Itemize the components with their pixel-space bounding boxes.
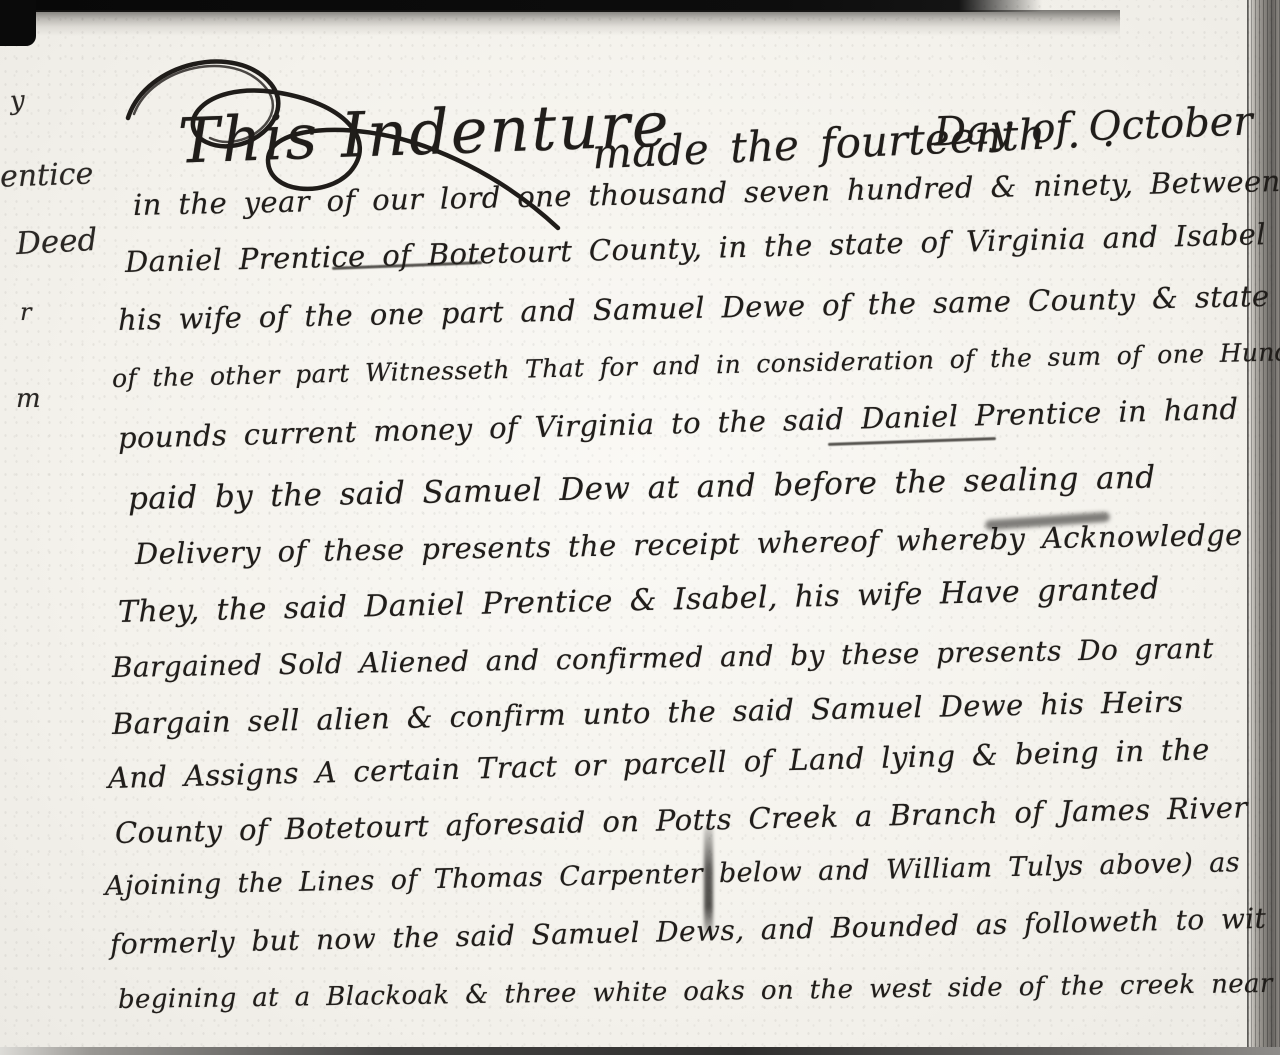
handwriting-line: And Assigns A certain Tract or parcell o… — [108, 732, 1211, 795]
handwriting-line: begining at a Blackoak & three white oak… — [118, 969, 1273, 1015]
margin-note-fragment: Deed — [15, 222, 98, 262]
handwriting-line: of the other part Witnesseth That for an… — [112, 336, 1280, 393]
margin-note-fragment: y — [9, 86, 26, 117]
handwriting-line: his wife of the one part and Samuel Dewe… — [118, 279, 1270, 337]
scan-top-shadow — [0, 10, 1120, 36]
margin-note-fragment: entice — [0, 156, 94, 194]
ink-strike-mark — [828, 437, 996, 446]
scanned-deed-page: yenticeDeedrm This Indenture made the fo… — [0, 0, 1280, 1055]
scan-corner-artifact — [0, 0, 36, 46]
margin-note-fragment: m — [16, 384, 41, 414]
handwriting-line: pounds current money of Virginia to the … — [118, 392, 1239, 455]
book-binding-edge — [1247, 0, 1280, 1055]
handwriting-line: Delivery of these presents the receipt w… — [135, 518, 1243, 571]
handwriting-line: Bargained Sold Aliened and confirmed and… — [112, 632, 1214, 684]
handwriting-line: They, the said Daniel Prentice & Isabel,… — [118, 571, 1160, 630]
heading-day-of-october: Day of October — [933, 98, 1253, 155]
handwriting-line: Ajoining the Lines of Thomas Carpenter b… — [105, 847, 1241, 902]
margin-note-fragment: r — [20, 298, 31, 326]
handwriting-line: formerly but now the said Samuel Dews, a… — [110, 902, 1267, 961]
handwriting-line: County of Botetourt aforesaid on Potts C… — [115, 790, 1248, 850]
page-curl-shadow — [0, 1016, 1250, 1050]
scan-bottom-edge — [0, 1047, 1280, 1055]
ink-smudge — [704, 826, 713, 934]
handwriting-line: Bargain sell alien & confirm unto the sa… — [112, 685, 1184, 741]
handwriting-line: paid by the said Samuel Dew at and befor… — [128, 459, 1156, 517]
